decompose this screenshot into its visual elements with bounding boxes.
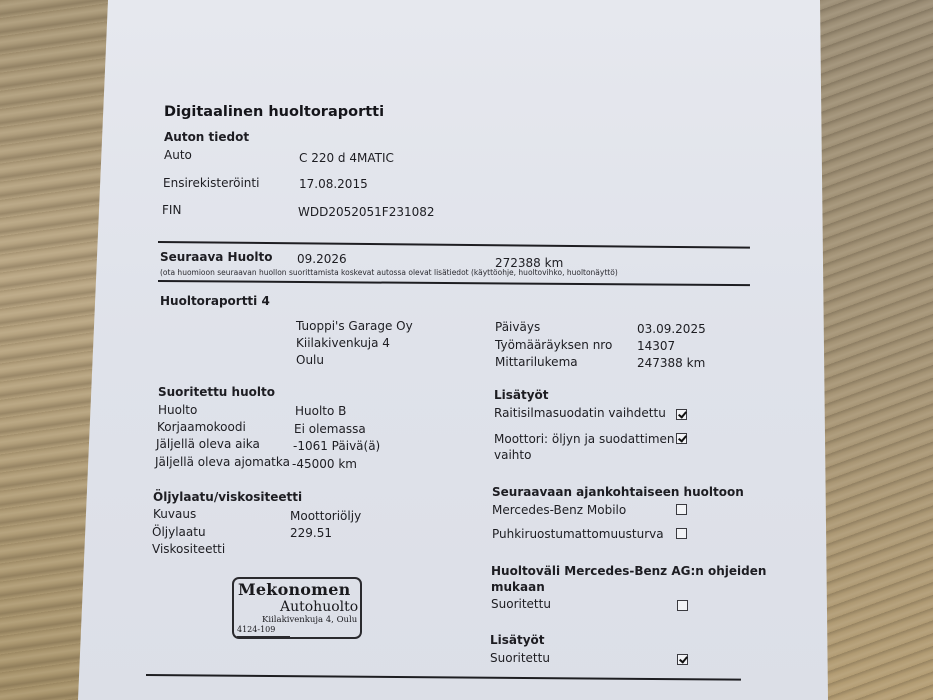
performed-label-time-left: Jäljellä oleva aika [156, 437, 260, 451]
stamp-subtitle: Autohuolto [280, 599, 358, 615]
performed-label-distance-left: Jäljellä oleva ajomatka [155, 455, 290, 469]
performed-value-code: Ei olemassa [294, 422, 366, 436]
oil-label-quality: Öljylaatu [152, 525, 206, 539]
checkbox-cabin-filter[interactable] [676, 409, 687, 420]
performed-value-time-left: -1061 Päivä(ä) [293, 439, 380, 453]
performed-label-code: Korjaamokoodi [157, 420, 246, 434]
oil-heading: Öljylaatu/viskositeetti [153, 490, 302, 504]
vehicle-heading: Auton tiedot [164, 130, 249, 144]
garage-street: Kiilakivenkuja 4 [296, 336, 390, 350]
divider-bottom [146, 674, 741, 680]
divider-top [158, 241, 750, 248]
stamp-address: Kiilakivenkuja 4, Oulu [262, 615, 357, 625]
performed-value-distance-left: -45000 km [292, 457, 357, 471]
vehicle-value-registration: 17.08.2015 [299, 177, 368, 191]
report-value-date: 03.09.2025 [637, 322, 706, 336]
next-service-date: 09.2026 [297, 252, 347, 266]
extra-work-2-heading: Lisätyöt [490, 633, 545, 647]
mekonomen-stamp: Mekonomen Autohuolto Kiilakivenkuja 4, O… [232, 577, 362, 639]
report-value-workorder: 14307 [637, 339, 675, 353]
oil-label-viscosity: Viskositeetti [152, 542, 225, 556]
performed-label-service: Huolto [158, 403, 197, 417]
interval-heading-line1: Huoltoväli Mercedes-Benz AG:n ohjeiden [491, 564, 766, 578]
interval-heading-line2: mukaan [491, 580, 545, 594]
document-title: Digitaalinen huoltoraportti [164, 104, 384, 120]
vehicle-label-fin: FIN [162, 203, 181, 217]
next-current-item-rust-warranty: Puhkiruostumattomuusturva [492, 527, 664, 541]
vehicle-value-auto: C 220 d 4MATIC [299, 151, 394, 165]
stamp-code: 4124-109 [237, 625, 275, 634]
vehicle-label-registration: Ensirekisteröinti [163, 176, 259, 190]
service-report-paper: Digitaalinen huoltoraportti Auton tiedot… [0, 0, 933, 700]
extra-work-item-oil-change-line1: Moottori: öljyn ja suodattimen [494, 432, 675, 446]
garage-city: Oulu [296, 353, 324, 367]
wood-table-background [813, 0, 933, 700]
extra-work-item-oil-change-line2: vaihto [494, 448, 531, 462]
checkbox-oil-change[interactable] [676, 433, 687, 444]
report-heading: Huoltoraportti 4 [160, 294, 270, 308]
next-service-note: (ota huomioon seuraavan huollon suoritta… [160, 268, 618, 277]
checkbox-mobilo[interactable] [676, 504, 687, 515]
next-current-service-heading: Seuraavaan ajankohtaiseen huoltoon [492, 485, 744, 499]
performed-value-service: Huolto B [295, 404, 346, 418]
stamp-underline [237, 636, 290, 637]
performed-service-heading: Suoritettu huolto [158, 385, 275, 399]
checkbox-extra-work-2-performed[interactable] [677, 654, 688, 665]
checkbox-interval-performed[interactable] [677, 600, 688, 611]
extra-work-item-cabin-filter: Raitisilmasuodatin vaihdettu [494, 406, 666, 420]
extra-work-heading: Lisätyöt [494, 388, 549, 402]
divider-next-service [158, 280, 750, 286]
interval-item-performed: Suoritettu [491, 597, 551, 611]
vehicle-value-fin: WDD2052051F231082 [298, 205, 435, 219]
next-current-item-mobilo: Mercedes-Benz Mobilo [492, 503, 626, 517]
vehicle-label-auto: Auto [164, 148, 192, 162]
oil-label-description: Kuvaus [153, 507, 196, 521]
next-service-label: Seuraava Huolto [160, 250, 272, 264]
stamp-name: Mekonomen [238, 580, 351, 599]
oil-value-description: Moottoriöljy [290, 509, 361, 523]
extra-work-2-item-performed: Suoritettu [490, 651, 550, 665]
report-label-workorder: Työmääräyksen nro [495, 338, 612, 352]
report-label-date: Päiväys [495, 320, 540, 334]
oil-value-quality: 229.51 [290, 526, 332, 540]
report-label-odometer: Mittarilukema [495, 355, 578, 369]
garage-name: Tuoppi's Garage Oy [296, 319, 413, 333]
report-value-odometer: 247388 km [637, 356, 705, 370]
checkbox-rust-warranty[interactable] [676, 528, 687, 539]
